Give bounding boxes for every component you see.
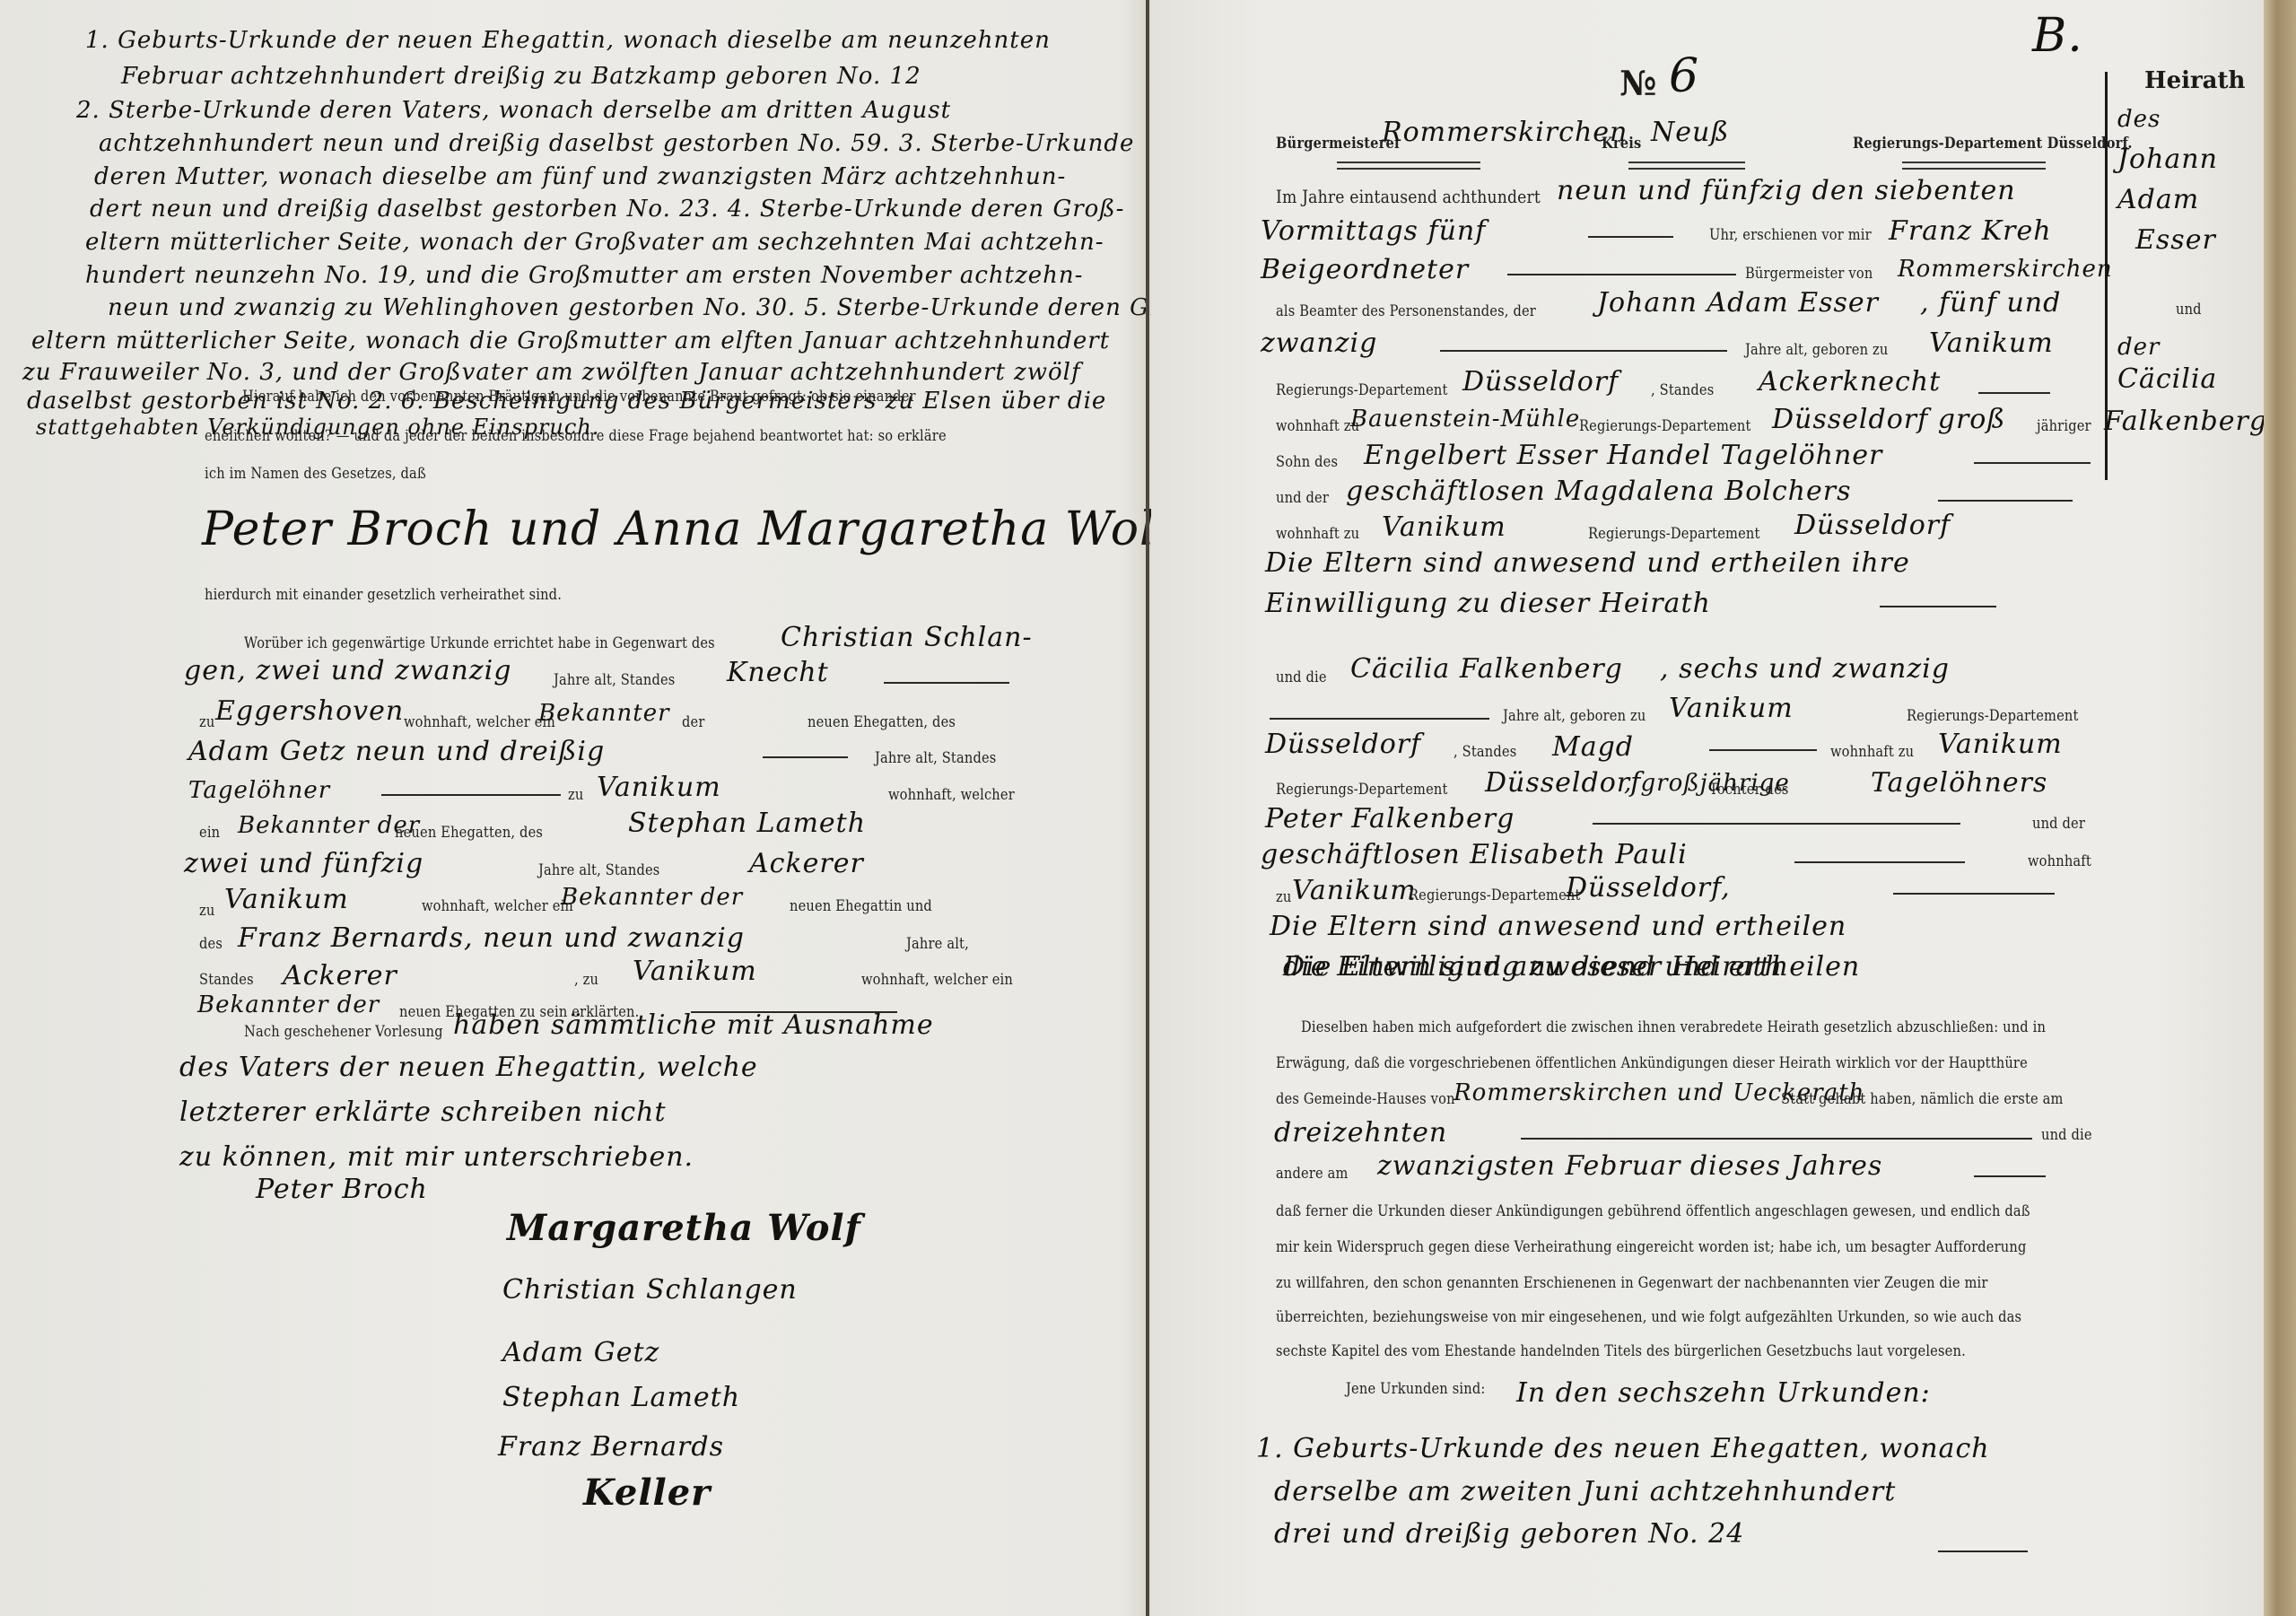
form-print: Im Jahre eintausend achthundert bbox=[1276, 186, 1541, 207]
proclamation-line: und die bbox=[2041, 1126, 2092, 1144]
margin-groom-name: Adam bbox=[2117, 184, 2199, 215]
fill-line bbox=[1880, 606, 1996, 607]
form-print: Sohn des bbox=[1276, 453, 1338, 471]
form-print: , Standes bbox=[1651, 381, 1714, 399]
form-hand: Tagelöhners bbox=[1871, 767, 2047, 799]
form-hand: Die Eltern sind anwesend und ertheilen i… bbox=[1265, 547, 1910, 579]
form-print: Regierungs-Departement bbox=[1276, 781, 1448, 799]
form-print: zu bbox=[1276, 888, 1291, 906]
form-hand: Bauenstein-Mühle bbox=[1350, 406, 1580, 432]
underline bbox=[1628, 162, 1745, 170]
margin-bride-name: Falkenberg bbox=[2104, 406, 2267, 437]
reading-hand: letzterer erklärte schreiben nicht bbox=[179, 1096, 667, 1128]
form-hand: Düsseldorf bbox=[1794, 510, 1951, 541]
witness-print: neuen Ehegatten, des bbox=[395, 824, 543, 842]
reading-hand: haben sämmtliche mit Ausnahme bbox=[453, 1009, 934, 1041]
fill-line bbox=[1521, 1138, 2032, 1140]
form-print: als Beamter des Personenstandes, der bbox=[1276, 302, 1536, 320]
form-hand: Vanikum bbox=[1938, 729, 2063, 760]
form-hand: Düsseldorf bbox=[1485, 767, 1641, 799]
enclosure-line: neun und zwanzig zu Wehlinghoven gestorb… bbox=[108, 294, 1201, 321]
margin-groom-article: des bbox=[2117, 106, 2161, 133]
form-hand: Düsseldorf bbox=[1265, 729, 1421, 760]
fill-line bbox=[381, 794, 561, 796]
form-print: Tochter des bbox=[1709, 781, 1789, 799]
margin-und: und bbox=[2176, 301, 2202, 319]
form-print: Uhr, erschienen vor mir bbox=[1709, 226, 1872, 244]
witness-hand: Tagelöhner bbox=[188, 777, 330, 804]
witness-hand: Franz Bernards, neun und zwanzig bbox=[238, 922, 745, 954]
witness-hand: Bekannter der bbox=[238, 812, 420, 839]
margin-bride-article: der bbox=[2117, 334, 2160, 361]
enclosure-line: eltern mütterlicher Seite, wonach die Gr… bbox=[31, 328, 1110, 354]
signature: Stephan Lameth bbox=[502, 1382, 740, 1413]
margin-title: Heirath bbox=[2144, 67, 2245, 94]
form-hand: Peter Falkenberg bbox=[1265, 803, 1515, 834]
proclamation-line: andere am bbox=[1276, 1165, 1349, 1183]
witness-print: Standes bbox=[199, 971, 254, 989]
proclamation-line: Dieselben haben mich aufgefordert die zw… bbox=[1301, 1018, 2046, 1036]
form-print: wohnhaft zu bbox=[1276, 417, 1359, 435]
form-hand: zwanzig bbox=[1261, 328, 1377, 359]
witness-hand: Bekannter bbox=[538, 700, 670, 727]
form-hand: geschäftlosen Elisabeth Pauli bbox=[1261, 839, 1688, 870]
enclosure-line: 2. Sterbe-Urkunde deren Vaters, wonach d… bbox=[76, 97, 951, 124]
witness-hand: Knecht bbox=[727, 657, 829, 688]
witness-hand: Bekannter der bbox=[197, 991, 380, 1018]
form-print: und der bbox=[1276, 489, 1329, 507]
fill-line bbox=[1938, 500, 2073, 502]
form-hand: Cäcilia Falkenberg bbox=[1350, 653, 1623, 685]
witness-print: wohnhaft, welcher ein bbox=[404, 713, 555, 731]
witness-print: zu bbox=[568, 786, 583, 804]
page-edges-right bbox=[2264, 0, 2296, 1616]
proclamation-second-date: zwanzigsten Februar dieses Jahres bbox=[1377, 1150, 1882, 1182]
witness-hand: Ackerer bbox=[283, 960, 397, 991]
witness-print: wohnhaft, welcher ein bbox=[422, 897, 573, 915]
margin-groom-name: Johann bbox=[2117, 144, 2218, 175]
register-mark: B. bbox=[2032, 9, 2083, 63]
form-hand: Franz Kreh bbox=[1889, 215, 2052, 247]
fill-line bbox=[1709, 749, 1817, 751]
witness-hand: Vanikum bbox=[597, 772, 721, 803]
form-hand: die Einwilligung zu dieser Heirath bbox=[1283, 951, 1783, 983]
proclamation-line: des Gemeinde-Hauses von bbox=[1276, 1090, 1455, 1108]
witness-hand: Bekannter der bbox=[561, 884, 743, 911]
witness-hand: gen, zwei und zwanzig bbox=[184, 655, 511, 686]
buergermeisterei-value: Rommerskirchen bbox=[1382, 117, 1628, 148]
documents-hand: In den sechszehn Urkunden: bbox=[1516, 1377, 1931, 1409]
margin-groom-name: Esser bbox=[2135, 224, 2216, 256]
signature: Keller bbox=[583, 1472, 711, 1514]
form-hand: Die Eltern sind anwesend und ertheilen bbox=[1270, 911, 1846, 942]
book-gutter bbox=[1146, 0, 1149, 1616]
signature: Margaretha Wolf bbox=[507, 1207, 861, 1249]
witness-print: Jahre alt, Standes bbox=[554, 671, 675, 689]
form-print: Bürgermeister von bbox=[1745, 265, 1873, 283]
proclamation-line: Erwägung, daß die vorgeschriebenen öffen… bbox=[1276, 1054, 2028, 1072]
fill-line bbox=[1270, 718, 1489, 720]
documents-hand: drei und dreißig geboren No. 24 bbox=[1274, 1518, 1744, 1550]
form-print: Regierungs-Departement bbox=[1579, 417, 1751, 435]
fill-line bbox=[1440, 350, 1727, 352]
form-print: und die bbox=[1276, 668, 1327, 686]
enclosure-line: deren Mutter, wonach dieselbe am fünf un… bbox=[94, 163, 1066, 190]
printed-question-line: Hierauf habe ich den vorbenannten Bräuti… bbox=[242, 388, 916, 406]
fill-line bbox=[1593, 823, 1960, 825]
witness-print: neuen Ehegatten, des bbox=[808, 713, 956, 731]
form-hand: Düsseldorf bbox=[1462, 366, 1619, 397]
record-number-label: № bbox=[1619, 63, 1656, 103]
form-print: , Standes bbox=[1454, 743, 1516, 761]
witness-print: Jahre alt, Standes bbox=[875, 749, 996, 767]
fill-line bbox=[1974, 1175, 2046, 1177]
enclosure-line: achtzehnhundert neun und dreißig daselbs… bbox=[99, 130, 1134, 157]
witness-hand: Vanikum bbox=[633, 956, 757, 987]
signature: Peter Broch bbox=[256, 1174, 428, 1205]
proclamation-first-date: dreizehnten bbox=[1274, 1117, 1447, 1149]
form-hand: , sechs und zwanzig bbox=[1660, 653, 1950, 685]
form-hand: Rommerskirchen bbox=[1898, 256, 2113, 283]
documents-hand: 1. Geburts-Urkunde des neuen Ehegatten, … bbox=[1256, 1433, 1990, 1464]
form-hand: Düsseldorf, bbox=[1566, 872, 1731, 904]
form-print: jähriger bbox=[2037, 417, 2091, 435]
enclosure-line: hundert neunzehn No. 19, und die Großmut… bbox=[85, 262, 1083, 289]
fill-line bbox=[1978, 392, 2050, 394]
form-hand: Beigeordneter bbox=[1261, 254, 1469, 285]
fill-line bbox=[1893, 893, 2055, 895]
reading-print: Nach geschehener Vorlesung bbox=[244, 1023, 443, 1041]
witness-print: der bbox=[682, 713, 705, 731]
witness-print: Worüber ich gegenwärtige Urkunde erricht… bbox=[244, 634, 715, 652]
witness-print: neuen Ehegattin und bbox=[790, 897, 932, 915]
witness-hand: Ackerer bbox=[749, 848, 864, 879]
documents-hand: derselbe am zweiten Juni achtzehnhundert bbox=[1274, 1476, 1896, 1507]
couple-names: Peter Broch und Anna Margaretha Wolf bbox=[202, 502, 1174, 556]
reading-hand: des Vaters der neuen Ehegattin, welche bbox=[179, 1052, 758, 1083]
witness-print: , zu bbox=[574, 971, 598, 989]
witness-print: des bbox=[199, 935, 223, 953]
form-hand: Vormittags fünf bbox=[1261, 215, 1486, 247]
witness-hand: zwei und fünfzig bbox=[184, 848, 423, 879]
fill-line bbox=[1588, 236, 1673, 238]
kreis-label: Kreis bbox=[1602, 135, 1641, 153]
witness-hand: Adam Getz neun und dreißig bbox=[188, 736, 605, 767]
form-print: wohnhaft bbox=[2028, 852, 2091, 870]
enclosure-line: eltern mütterlicher Seite, wonach der Gr… bbox=[85, 229, 1104, 256]
enclosure-line: dert neun und dreißig daselbst gestorben… bbox=[90, 196, 1124, 223]
printed-married: hierdurch mit einander gesetzlich verhei… bbox=[205, 586, 562, 604]
witness-print: wohnhaft, welcher bbox=[888, 786, 1015, 804]
form-hand: Engelbert Esser Handel Tagelöhner bbox=[1364, 440, 1882, 471]
fill-line bbox=[884, 682, 1009, 684]
proclamation-line: daß ferner die Urkunden dieser Ankündigu… bbox=[1276, 1202, 2030, 1220]
form-hand: Vanikum bbox=[1382, 511, 1506, 543]
form-hand: geschäftlosen Magdalena Bolchers bbox=[1346, 476, 1852, 507]
margin-bride-name: Cäcilia bbox=[2117, 363, 2217, 395]
department: Regierungs-Departement Düsseldorf. bbox=[1853, 135, 2133, 153]
witness-hand: Christian Schlan- bbox=[781, 622, 1033, 653]
fill-line bbox=[763, 756, 848, 758]
form-print: wohnhaft zu bbox=[1276, 525, 1359, 543]
signature: Adam Getz bbox=[502, 1337, 659, 1368]
left-page: 1. Geburts-Urkunde der neuen Ehegattin, … bbox=[0, 0, 1151, 1616]
fill-line bbox=[1974, 462, 2091, 464]
printed-question-line: ich im Namen des Gesetzes, daß bbox=[205, 465, 426, 483]
enclosure-line: Februar achtzehnhundert dreißig zu Batzk… bbox=[121, 63, 921, 90]
witness-print: zu bbox=[199, 713, 214, 731]
form-hand: Vanikum bbox=[1929, 328, 2054, 359]
witness-hand: Stephan Lameth bbox=[628, 808, 866, 839]
form-hand: Magd bbox=[1552, 731, 1634, 763]
documents-label: Jene Urkunden sind: bbox=[1346, 1380, 1485, 1398]
form-hand: neun und fünfzig den siebenten bbox=[1557, 175, 2016, 206]
witness-print: Jahre alt, bbox=[906, 935, 969, 953]
witness-print: wohnhaft, welcher ein bbox=[861, 971, 1013, 989]
fill-line bbox=[1507, 274, 1736, 275]
proclamation-line: überreichten, beziehungsweise von mir ei… bbox=[1276, 1308, 2021, 1326]
register-book: 1. Geburts-Urkunde der neuen Ehegattin, … bbox=[0, 0, 2296, 1616]
record-number: 6 bbox=[1669, 49, 1699, 103]
form-print: Regierungs-Departement bbox=[1907, 707, 2079, 725]
form-print: wohnhaft zu bbox=[1830, 743, 1914, 761]
fill-line bbox=[1938, 1550, 2028, 1552]
witness-print: zu bbox=[199, 902, 214, 920]
form-hand: Einwilligung zu dieser Heirath bbox=[1265, 588, 1711, 619]
form-print: Regierungs-Departement bbox=[1276, 381, 1448, 399]
form-print: Jahre alt, geboren zu bbox=[1745, 341, 1888, 359]
form-hand: Vanikum bbox=[1669, 693, 1794, 724]
underline bbox=[1902, 162, 2046, 170]
form-print: und der bbox=[2032, 815, 2085, 833]
underline bbox=[1337, 162, 1480, 170]
proclamation-line: Statt gehabt haben, nämlich die erste am bbox=[1781, 1090, 2064, 1108]
enclosure-line: 1. Geburts-Urkunde der neuen Ehegattin, … bbox=[85, 27, 1051, 54]
witness-print: Jahre alt, Standes bbox=[538, 861, 659, 879]
form-hand: Johann Adam Esser bbox=[1597, 287, 1879, 319]
printed-question-line: ehelichen wollten? — und da jeder der be… bbox=[205, 427, 947, 445]
form-hand: Vanikum bbox=[1292, 875, 1417, 906]
form-print: Regierungs-Departement bbox=[1409, 887, 1581, 904]
fill-line bbox=[1794, 861, 1965, 863]
form-hand: Düsseldorf groß bbox=[1772, 404, 2005, 435]
witness-hand: Vanikum bbox=[224, 884, 349, 915]
enclosure-line: zu Frauweiler No. 3, und der Großvater a… bbox=[22, 359, 1081, 386]
signature: Christian Schlangen bbox=[502, 1274, 798, 1306]
proclamation-line: zu willfahren, den schon genannten Ersch… bbox=[1276, 1274, 1988, 1292]
form-print: Jahre alt, geboren zu bbox=[1503, 707, 1646, 725]
kreis-value: Neuß bbox=[1651, 117, 1729, 148]
form-print: Regierungs-Departement bbox=[1588, 525, 1760, 543]
proclamation-line: mir kein Widerspruch gegen diese Verheir… bbox=[1276, 1238, 2026, 1256]
proclamation-line: sechste Kapitel des vom Ehestande handel… bbox=[1276, 1342, 1966, 1360]
form-hand: , fünf und bbox=[1920, 287, 2061, 319]
form-hand: Ackerknecht bbox=[1759, 366, 1941, 397]
signature: Franz Bernards bbox=[498, 1431, 724, 1463]
reading-hand: zu können, mit mir unterschrieben. bbox=[179, 1141, 694, 1173]
witness-hand: Eggershoven bbox=[215, 695, 404, 727]
witness-print: ein bbox=[199, 824, 220, 842]
